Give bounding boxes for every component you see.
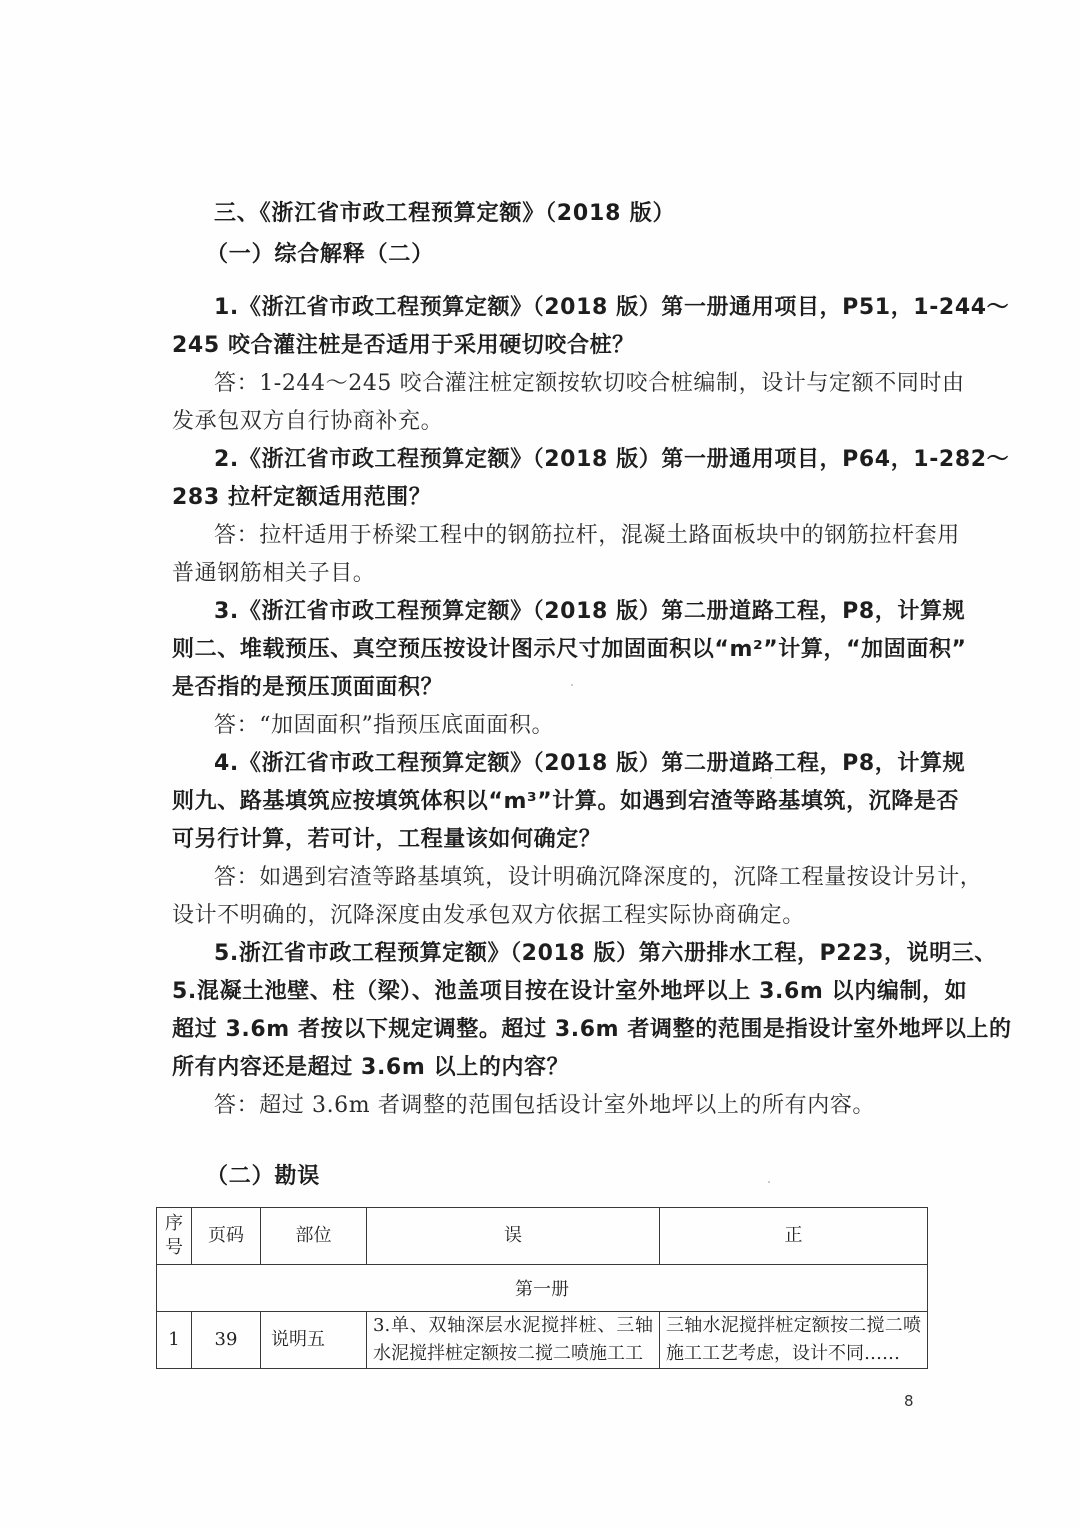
errata-table: 序号 页码 部位 误 正 第一册 1 39 说明五 3.单、双轴深层水泥搅拌桩、… (156, 1207, 928, 1369)
question-3-line-3: 是否指的是预压顶面面积？ (172, 673, 924, 703)
question-3-line-1: 3.《浙江省市政工程预算定额》（2018 版）第二册道路工程，P8，计算规 (214, 597, 924, 627)
header-seq: 序号 (157, 1208, 192, 1265)
answer-4-line-2: 设计不明确的，沉降深度由发承包双方依据工程实际协商确定。 (172, 901, 924, 931)
answer-2-line-2: 普通钢筋相关子目。 (172, 559, 924, 589)
answer-5-line-1: 答：超过 3.6m 者调整的范围包括设计室外地坪以上的所有内容。 (214, 1091, 924, 1121)
answer-4-line-1: 答：如遇到宕渣等路基填筑，设计明确沉降深度的，沉降工程量按设计另计， (214, 863, 924, 893)
errata-header-row: 序号 页码 部位 误 正 (157, 1208, 928, 1265)
question-4-line-2: 则九、路基填筑应按填筑体积以“m³”计算。如遇到宕渣等路基填筑，沉降是否 (172, 787, 924, 817)
question-5-line-4: 所有内容还是超过 3.6m 以上的内容？ (172, 1053, 924, 1083)
scan-speck (770, 777, 772, 779)
answer-2-line-1: 答：拉杆适用于桥梁工程中的钢筋拉杆，混凝土路面板块中的钢筋拉杆套用 (214, 521, 924, 551)
scan-speck (768, 1181, 770, 1183)
question-1-line-2: 245 咬合灌注桩是否适用于采用硬切咬合桩？ (172, 331, 924, 361)
cell-correct: 三轴水泥搅拌桩定额按二搅二喷施工工艺考虑，设计不同…… (660, 1312, 928, 1369)
question-2-line-1: 2.《浙江省市政工程预算定额》（2018 版）第一册通用项目，P64，1-282… (214, 445, 924, 475)
question-2-line-2: 283 拉杆定额适用范围？ (172, 483, 924, 513)
question-5-line-2: 5.混凝土池壁、柱（梁）、池盖项目按在设计室外地坪以上 3.6m 以内编制，如 (172, 977, 924, 1007)
question-5-line-3: 超过 3.6m 者按以下规定调整。超过 3.6m 者调整的范围是指设计室外地坪以… (172, 1015, 924, 1045)
page-number: 8 (904, 1392, 914, 1410)
question-3-line-2: 则二、堆载预压、真空预压按设计图示尺寸加固面积以“m²”计算，“加固面积” (172, 635, 924, 665)
cell-wrong: 3.单、双轴深层水泥搅拌桩、三轴水泥搅拌桩定额按二搅二喷施工工 (367, 1312, 660, 1369)
header-page: 页码 (192, 1208, 261, 1265)
cell-seq: 1 (157, 1312, 192, 1369)
header-wrong: 误 (367, 1208, 660, 1265)
header-part: 部位 (261, 1208, 367, 1265)
question-4-line-3: 可另行计算，若可计，工程量该如何确定？ (172, 825, 924, 855)
errata-section-row: 第一册 (157, 1265, 928, 1312)
table-row: 1 39 说明五 3.单、双轴深层水泥搅拌桩、三轴水泥搅拌桩定额按二搅二喷施工工… (157, 1312, 928, 1369)
scan-speck (571, 684, 573, 686)
section-title: 三、《浙江省市政工程预算定额》（2018 版） (214, 199, 924, 229)
volume-label: 第一册 (157, 1265, 928, 1312)
document-page: 三、《浙江省市政工程预算定额》（2018 版） （一）综合解释（二） 1.《浙江… (0, 0, 1080, 1527)
answer-3-line-1: 答：“加固面积”指预压底面面积。 (214, 711, 924, 741)
cell-page: 39 (192, 1312, 261, 1369)
header-seq-label: 序号 (164, 1212, 184, 1260)
header-correct: 正 (660, 1208, 928, 1265)
cell-part: 说明五 (261, 1312, 367, 1369)
subsection-title-interpretation: （一）综合解释（二） (206, 240, 916, 270)
answer-1-line-2: 发承包双方自行协商补充。 (172, 407, 924, 437)
subsection-title-errata: （二）勘误 (206, 1162, 916, 1192)
answer-1-line-1: 答：1-244～245 咬合灌注桩定额按软切咬合桩编制，设计与定额不同时由 (214, 369, 924, 399)
question-1-line-1: 1.《浙江省市政工程预算定额》（2018 版）第一册通用项目，P51，1-244… (214, 293, 924, 323)
question-4-line-1: 4.《浙江省市政工程预算定额》（2018 版）第二册道路工程，P8，计算规 (214, 749, 924, 779)
question-5-line-1: 5.浙江省市政工程预算定额》（2018 版）第六册排水工程，P223，说明三、 (214, 939, 924, 969)
